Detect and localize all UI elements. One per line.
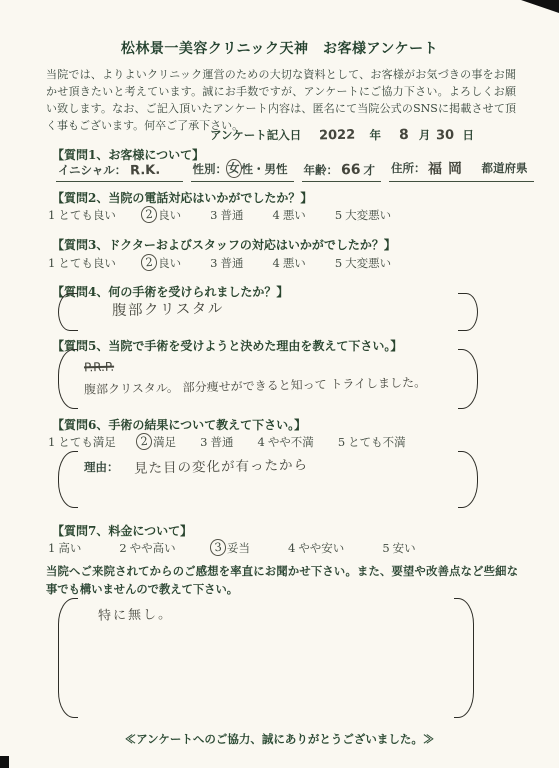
option-label: 高い <box>58 540 81 556</box>
answer-box-bracket-left <box>58 598 78 718</box>
question6-header: 【質問6、手術の結果について教えて下さい。】 <box>52 416 306 433</box>
scan-artifact-top-right <box>521 0 559 13</box>
rating-option-2: 2やや高い <box>119 540 175 556</box>
option-label: やや安い <box>298 540 344 556</box>
handwritten-circle-mark: 2 <box>135 432 152 450</box>
gender-label: 性別： <box>193 161 228 177</box>
initials-value-handwritten: R.K. <box>126 162 177 178</box>
question1-fields: イニシャル： R.K. 性別： 女 性・男性 年齢： 66 才 住所： 福岡 都… <box>56 158 534 182</box>
handwritten-circle-mark: 2 <box>140 205 157 223</box>
initials-label: イニシャル： <box>58 162 126 178</box>
option-label: 大変悪い <box>345 207 391 223</box>
option-number: 5 <box>338 435 345 449</box>
question3-header: 【質問3、ドクターおよびスタッフの対応はいかがでしたか？】 <box>52 236 396 253</box>
date-label: アンケート記入日 <box>210 128 301 142</box>
address-label: 住所： <box>391 160 426 176</box>
answer-box-bracket-right <box>454 598 474 718</box>
option-number: 5 <box>335 208 342 222</box>
option-label: 普通 <box>210 434 233 450</box>
answer-box-bracket-left <box>58 349 78 409</box>
option-number: 5 <box>335 256 342 270</box>
option-label: とても満足 <box>58 434 116 450</box>
age-field: 年齢： 66 才 <box>302 162 381 182</box>
rating-option-1: 1とても満足 <box>48 434 116 450</box>
question5-answer-box: P.R.P. 腹部クリスタル。 部分痩せができると知って トライしました。 <box>58 349 478 409</box>
question5-struck-text-handwritten: P.R.P. <box>84 360 114 375</box>
rating-option-4: 4やや安い <box>288 540 344 556</box>
question6-options: 1とても満足2満足3普通4やや不満5とても不満 <box>48 433 406 450</box>
option-label: やや高い <box>130 540 176 556</box>
option-number: 3 <box>210 208 217 222</box>
closing-thanks-text: ≪アンケートへのご協力、誠にありがとうございました。≫ <box>0 731 559 747</box>
age-label: 年齢： <box>304 162 339 178</box>
rating-option-4: 4やや不満 <box>257 434 313 450</box>
initials-field: イニシャル： R.K. <box>56 162 183 182</box>
question5-answer-handwritten: 腹部クリスタル。 部分痩せができると知って トライしました。 <box>84 373 426 397</box>
free-comment-prompt: 当院へご来院されてからのご感想を率直にお聞かせ下さい。また、要望や改善点など些細… <box>46 563 518 598</box>
address-value-handwritten: 福岡 <box>425 157 481 178</box>
option-label: 良い <box>158 207 181 223</box>
option-label: とても良い <box>58 207 116 223</box>
option-label: 良い <box>158 255 181 271</box>
option-label: 安い <box>393 540 416 556</box>
answer-box-bracket-right <box>458 451 478 508</box>
option-number: 2 <box>119 541 126 555</box>
rating-option-1: 1高い <box>48 540 81 556</box>
rating-option-2-selected: 2満足 <box>140 433 176 450</box>
rating-option-5: 5大変悪い <box>335 255 391 271</box>
answer-box-bracket-left <box>58 293 78 331</box>
rating-option-3: 3普通 <box>200 434 233 450</box>
rating-option-5: 5とても不満 <box>338 434 406 450</box>
option-number: 1 <box>48 208 55 222</box>
date-day-handwritten: 30 <box>436 128 454 143</box>
rating-option-4: 4悪い <box>272 255 305 271</box>
option-number: 4 <box>272 208 279 222</box>
option-label: 妥当 <box>227 540 250 556</box>
option-label: 悪い <box>283 255 306 271</box>
option-number: 1 <box>48 435 55 449</box>
option-number: 1 <box>48 541 55 555</box>
option-label: 大変悪い <box>345 255 391 271</box>
question2-options: 1とても良い2良い3普通4悪い5大変悪い <box>48 206 391 223</box>
date-month-handwritten: 8 <box>399 127 409 143</box>
rating-option-5: 5安い <box>382 540 415 556</box>
gender-selected-circle-mark: 女 <box>226 159 242 178</box>
option-label: 普通 <box>220 255 243 271</box>
date-day-unit: 日 <box>462 128 474 142</box>
option-number: 4 <box>288 541 295 555</box>
option-label: 満足 <box>153 434 176 450</box>
rating-option-1: 1とても良い <box>48 207 116 223</box>
question6-reason-box: 理由： 見た目の変化が有ったから <box>58 451 478 508</box>
option-label: やや不満 <box>268 434 314 450</box>
handwritten-circle-mark: 3 <box>209 538 226 556</box>
gender-field: 性別： 女 性・男性 <box>191 159 294 182</box>
option-number: 3 <box>210 256 217 270</box>
rating-option-3-selected: 3妥当 <box>214 539 250 556</box>
page-title: 松林景一美容クリニック天神 お客様アンケート <box>0 38 559 58</box>
answer-box-bracket-right <box>458 349 478 409</box>
option-label: とても良い <box>58 255 116 271</box>
option-number: 4 <box>272 256 279 270</box>
question6-reason-handwritten: 見た目の変化が有ったから <box>133 453 307 477</box>
option-number: 4 <box>257 435 264 449</box>
rating-option-1: 1とても良い <box>48 255 116 271</box>
question4-answer-box: 腹部クリスタル <box>58 293 478 331</box>
rating-option-2-selected: 2良い <box>145 254 181 271</box>
question3-options: 1とても良い2良い3普通4悪い5大変悪い <box>48 254 391 271</box>
option-label: 普通 <box>220 207 243 223</box>
option-number: 3 <box>200 435 207 449</box>
address-field: 住所： 福岡 都道府県 <box>389 158 534 182</box>
scan-artifact-bottom-left <box>0 756 9 768</box>
free-comment-answer-handwritten: 特に無し。 <box>98 603 173 624</box>
rating-option-2-selected: 2良い <box>145 206 181 223</box>
answer-box-bracket-left <box>58 451 78 508</box>
age-unit: 才 <box>364 162 376 178</box>
rating-option-3: 3普通 <box>210 207 243 223</box>
option-number: 1 <box>48 256 55 270</box>
option-label: 悪い <box>283 207 306 223</box>
survey-scan-page: 松林景一美容クリニック天神 お客様アンケート 当院では、よりよいクリニック運営の… <box>0 0 559 768</box>
age-value-handwritten: 66 <box>338 162 364 179</box>
intro-text: 当院では、よりよいクリニック運営のための大切な資料として、お客様がお気づきの事を… <box>46 66 516 134</box>
rating-option-3: 3普通 <box>210 255 243 271</box>
question7-options: 1高い2やや高い3妥当4やや安い5安い <box>48 539 416 556</box>
question7-header: 【質問7、料金について】 <box>52 522 192 539</box>
question4-answer-handwritten: 腹部クリスタル <box>112 297 224 320</box>
option-number: 5 <box>382 541 389 555</box>
gender-options-text: 性・男性 <box>242 161 288 177</box>
free-comment-answer-box: 特に無し。 <box>58 598 474 718</box>
rating-option-5: 5大変悪い <box>335 207 391 223</box>
date-year-handwritten: 2022 <box>319 128 355 144</box>
rating-option-4: 4悪い <box>272 207 305 223</box>
date-year-unit: 年 <box>370 128 382 142</box>
date-month-unit: 月 <box>419 128 431 142</box>
reason-label: 理由： <box>84 460 119 474</box>
handwritten-circle-mark: 2 <box>140 253 157 271</box>
address-unit: 都道府県 <box>482 160 528 176</box>
question2-header: 【質問2、当院の電話対応はいかがでしたか？】 <box>52 189 312 206</box>
answer-box-bracket-right <box>458 293 478 331</box>
option-label: とても不満 <box>348 434 406 450</box>
survey-date-line: アンケート記入日 2022 年 8 月 30 日 <box>210 127 474 143</box>
